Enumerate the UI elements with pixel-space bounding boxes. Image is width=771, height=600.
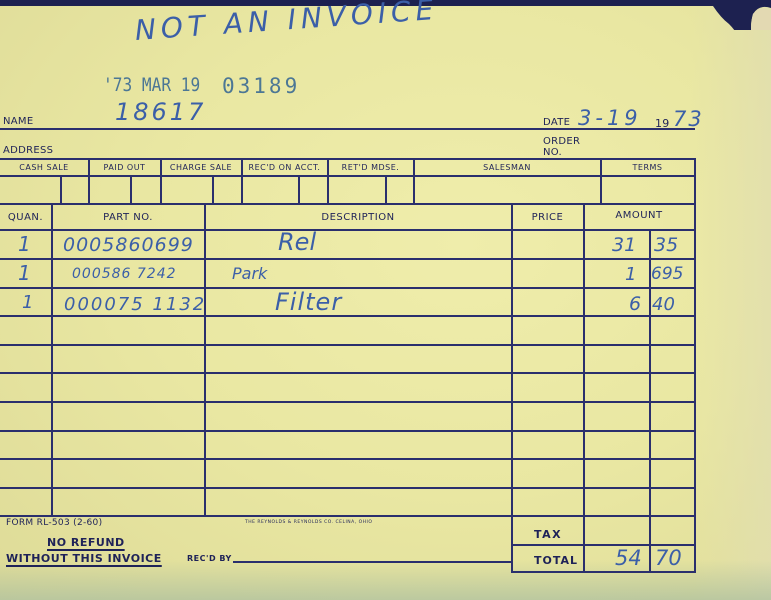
date-month-day[interactable]: 3-19 — [578, 106, 642, 130]
address-label: ADDRESS — [3, 145, 53, 156]
name-value[interactable]: 18617 — [115, 98, 206, 126]
stamp-date: '73 MAR 19 — [103, 74, 200, 96]
table-bottom-line — [0, 515, 696, 517]
part-no-header: PART NO. — [52, 212, 204, 223]
charge-sale-label: CHARGE SALE — [161, 163, 241, 172]
item-part-no[interactable]: 000586 7242 — [72, 266, 177, 282]
row-line — [0, 344, 696, 346]
row-line — [0, 401, 696, 403]
item-description[interactable]: Filter — [275, 288, 342, 316]
item-part-no[interactable]: 000075 1132 — [64, 294, 206, 315]
date-century: 19 — [655, 117, 670, 130]
col-divider-quan — [51, 204, 53, 516]
recd-by-label: REC'D BY — [187, 554, 232, 563]
sub-divider — [212, 175, 214, 204]
description-header: DESCRIPTION — [205, 212, 511, 223]
total-cents[interactable]: 70 — [655, 546, 682, 570]
item-quan[interactable]: 1 — [18, 261, 31, 285]
date-year[interactable]: 73 — [673, 107, 704, 131]
date-label: DATE — [543, 117, 570, 128]
item-amount-dollars[interactable]: 31 — [612, 234, 636, 256]
form-number: FORM RL-503 (2-60) — [6, 518, 102, 528]
name-label: NAME — [3, 116, 33, 127]
item-quan[interactable]: 1 — [18, 232, 31, 256]
order-no-label-1: ORDER — [543, 136, 580, 147]
item-amount-cents[interactable]: 35 — [654, 234, 678, 256]
sub-divider — [298, 175, 300, 204]
total-label: TOTAL — [534, 554, 578, 567]
item-amount-cents[interactable]: 695 — [651, 264, 683, 284]
tax-label: TAX — [534, 528, 562, 541]
item-description[interactable]: Park — [232, 264, 267, 283]
col-divider-price — [583, 204, 585, 573]
retd-mdse-label: RET'D MDSE. — [328, 163, 413, 172]
row-line — [0, 372, 696, 374]
printer-credit: THE REYNOLDS & REYNOLDS CO. CELINA, OHIO — [245, 520, 372, 525]
terms-label: TERMS — [601, 163, 694, 172]
col-divider-right — [694, 204, 696, 573]
col-divider-part — [204, 204, 206, 516]
recd-by-line[interactable] — [233, 561, 511, 563]
row-line — [0, 315, 696, 317]
total-bottom-line — [512, 571, 696, 573]
divider — [694, 158, 696, 204]
torn-corner-icon — [641, 0, 771, 30]
order-no-label-2: NO. — [543, 147, 562, 158]
no-refund-line2: WITHOUT THIS INVOICE — [6, 552, 162, 565]
paper-shading — [691, 6, 771, 600]
sub-divider — [60, 175, 62, 204]
paid-out-label: PAID OUT — [89, 163, 160, 172]
salesman-label: SALESMAN — [414, 163, 600, 172]
total-dollars[interactable]: 54 — [615, 546, 642, 570]
col-divider-desc — [511, 204, 513, 573]
row-line — [0, 487, 696, 489]
amount-header: AMOUNT — [584, 210, 694, 221]
header-table-label-line — [0, 175, 696, 177]
sub-divider — [385, 175, 387, 204]
recd-on-acct-label: REC'D ON ACCT. — [242, 163, 327, 172]
column-header-bottom — [0, 229, 696, 231]
quan-header: QUAN. — [0, 212, 51, 223]
item-amount-dollars[interactable]: 6 — [629, 293, 641, 315]
item-amount-dollars[interactable]: 1 — [625, 264, 636, 285]
row-line — [0, 287, 696, 289]
item-amount-cents[interactable]: 40 — [652, 294, 675, 315]
stamp-number: 03189 — [222, 74, 300, 98]
row-line — [0, 430, 696, 432]
item-quan[interactable]: 1 — [22, 292, 33, 313]
sub-divider — [130, 175, 132, 204]
cash-sale-label: CASH SALE — [0, 163, 88, 172]
no-refund-line1: NO REFUND — [47, 536, 125, 549]
row-line — [0, 458, 696, 460]
header-table-top — [0, 158, 696, 160]
price-header: PRICE — [512, 212, 583, 223]
item-part-no[interactable]: 0005860699 — [63, 234, 194, 256]
item-description[interactable]: Rel — [278, 228, 316, 256]
header-table-bottom — [0, 203, 696, 205]
row-line — [0, 258, 696, 260]
